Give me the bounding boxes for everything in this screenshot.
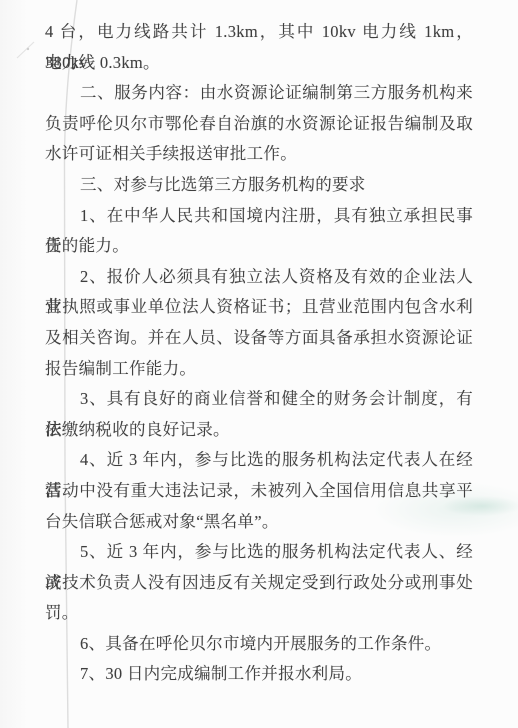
scratch-mark xyxy=(17,42,34,58)
document-body: 4 台，电力线路共计 1.3km，其中 10kv 电力线 1km，380kv电力… xyxy=(45,17,473,690)
text-line: 7、30 日内完成编制工作并报水利局。 xyxy=(45,659,473,690)
text-line: 电力线 0.3km。 xyxy=(45,48,473,79)
text-line: 任的能力。 xyxy=(45,231,473,262)
text-line: 水许可证相关手续报送审批工作。 xyxy=(45,139,473,170)
text-line: 4、近 3 年内，参与比选的服务机构法定代表人在经营 xyxy=(45,445,473,476)
text-line: 或技术负责人没有因违反有关规定受到行政处分或刑事处 xyxy=(45,568,473,599)
scanned-document-page: 4 台，电力线路共计 1.3km，其中 10kv 电力线 1km，380kv电力… xyxy=(0,0,518,728)
text-line: 三、对参与比选第三方服务机构的要求 xyxy=(45,170,473,201)
text-line: 业执照或事业单位法人资格证书；且营业范围内包含水利 xyxy=(45,292,473,323)
text-line: 活动中没有重大违法记录，未被列入全国信用信息共享平 xyxy=(45,476,473,507)
text-line: 罚。 xyxy=(45,598,473,629)
text-line: 4 台，电力线路共计 1.3km，其中 10kv 电力线 1km，380kv xyxy=(45,17,473,48)
text-line: 负责呼伦贝尔市鄂伦春自治旗的水资源论证报告编制及取 xyxy=(45,109,473,140)
text-line: 2、报价人必须具有独立法人资格及有效的企业法人营 xyxy=(45,262,473,293)
ink-speck xyxy=(27,48,29,50)
text-line: 及相关咨询。并在人员、设备等方面具备承担水资源论证 xyxy=(45,323,473,354)
text-line: 台失信联合惩戒对象“黑名单”。 xyxy=(45,507,473,538)
text-line: 法缴纳税收的良好记录。 xyxy=(45,415,473,446)
text-line: 二、服务内容：由水资源论证编制第三方服务机构来 xyxy=(45,78,473,109)
text-line: 5、近 3 年内，参与比选的服务机构法定代表人、经济 xyxy=(45,537,473,568)
text-line: 报告编制工作能力。 xyxy=(45,354,473,385)
text-line: 3、具有良好的商业信誉和健全的财务会计制度，有依 xyxy=(45,384,473,415)
text-line: 6、具备在呼伦贝尔市境内开展服务的工作条件。 xyxy=(45,629,473,660)
text-line: 1、在中华人民共和国境内注册，具有独立承担民事责 xyxy=(45,201,473,232)
